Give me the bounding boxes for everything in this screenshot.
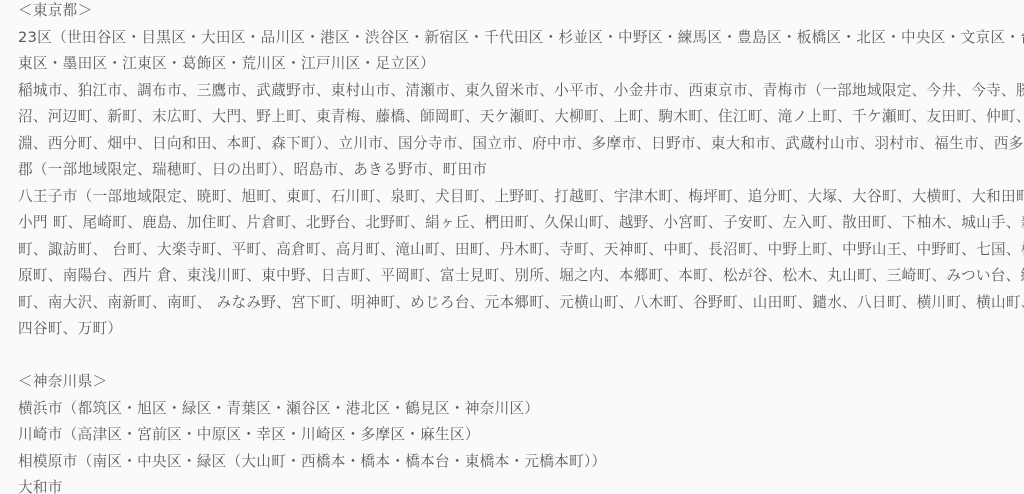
- tokyo-line: 沼、河辺町、新町、末広町、大門、野上町、東青梅、藤橋、師岡町、天ケ瀬町、大柳町、…: [18, 104, 1008, 131]
- kanagawa-line: 横浜市（都筑区・旭区・緑区・青葉区・瀬谷区・港北区・鶴見区・神奈川区）: [18, 396, 1008, 423]
- section-heading-kanagawa: ＜神奈川県＞: [18, 369, 1008, 396]
- kanagawa-line: 川崎市（高津区・宮前区・中原区・幸区・川崎区・多摩区・麻生区）: [18, 422, 1008, 449]
- tokyo-line: 四谷町、万町）: [18, 316, 1008, 343]
- tokyo-line: 23区（世田谷区・目黒区・大田区・品川区・港区・渋谷区・新宿区・千代田区・杉並区…: [18, 25, 1008, 52]
- tokyo-line: 淵、西分町、畑中、日向和田、本町、森下町）、立川市、国分寺市、国立市、府中市、多…: [18, 131, 1008, 158]
- tokyo-line: 町、南大沢、南新町、南町、 みなみ野、宮下町、明神町、めじろ台、元本郷町、元横山…: [18, 290, 1008, 317]
- section-heading-tokyo: ＜東京都＞: [18, 0, 1008, 25]
- tokyo-line: 八王子市（一部地域限定、暁町、旭町、東町、石川町、泉町、犬目町、上野町、打越町、…: [18, 184, 1008, 211]
- tokyo-line: 東区・墨田区・江東区・葛飾区・荒川区・江戸川区・足立区）: [18, 51, 1008, 78]
- kanagawa-line: 大和市: [18, 475, 1008, 494]
- service-area-document: ＜東京都＞ 23区（世田谷区・目黒区・大田区・品川区・港区・渋谷区・新宿区・千代…: [18, 0, 1008, 494]
- tokyo-line: 原町、南陽台、西片 倉、東浅川町、東中野、日吉町、平岡町、富士見町、別所、堀之内…: [18, 263, 1008, 290]
- tokyo-line: 小門 町、尾崎町、鹿島、加住町、片倉町、北野台、北野町、絹ヶ丘、椚田町、久保山町…: [18, 210, 1008, 237]
- tokyo-line: 郡（一部地域限定、瑞穂町、日の出町）、昭島市、あきる野市、町田市: [18, 157, 1008, 184]
- tokyo-line: 町、諏訪町、 台町、大楽寺町、平町、高倉町、高月町、滝山町、田町、丹木町、寺町、…: [18, 237, 1008, 264]
- kanagawa-line: 相模原市（南区・中央区・緑区（大山町・西橋本・橋本・橋本台・東橋本・元橋本町））: [18, 449, 1008, 476]
- section-spacer: [18, 343, 1008, 370]
- tokyo-line: 稲城市、狛江市、調布市、三鷹市、武蔵野市、東村山市、清瀬市、東久留米市、小平市、…: [18, 78, 1008, 105]
